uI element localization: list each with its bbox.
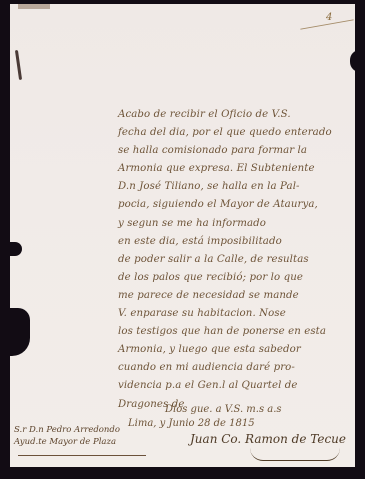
body-line: D.n José Tiliano, se halla en la Pal- [118,178,353,196]
body-line: y segun se me ha informado [118,215,353,233]
body-line: Armonia, y luego que esta sabedor [118,341,353,359]
page-edge-stain [18,4,50,9]
letter-body: Acabo de recibir el Oficio de V.S. fecha… [118,106,353,414]
body-line: fecha del dia, por el que quedo enterado [118,124,353,142]
right-dark-border [355,0,365,479]
body-line: pocia, siguiendo el Mayor de Ataurya, [118,196,353,214]
body-line: me parece de necesidad se mande [118,287,353,305]
body-line: Armonia que expresa. El Subteniente [118,160,353,178]
addressee: S.r D.n Pedro Arredondo Ayud.te Mayor de… [14,424,120,448]
body-line: videncia p.a el Gen.l al Quartel de [118,377,353,395]
addressee-line: Ayud.te Mayor de Plaza [14,436,120,448]
closing-formula: Dios gue. a V.S. m.s a.s [165,403,282,417]
body-line: en este dia, está imposibilitado [118,233,353,251]
left-tear-large [0,308,30,356]
body-line: de poder salir a la Calle, de resultas [118,251,353,269]
signature: Juan Co. Ramon de Tecue [190,432,346,446]
left-tear [0,242,22,256]
left-dark-border [0,0,10,479]
signature-rubric [250,448,340,461]
place-date: Lima, y Junio 28 de 1815 [128,417,255,431]
body-line: se halla comisionado para formar la [118,142,353,160]
body-line: V. enparase su habitacion. Nose [118,305,353,323]
body-line: de los palos que recibió; por lo que [118,269,353,287]
folio-number: 4 [326,12,332,23]
addressee-line: S.r D.n Pedro Arredondo [14,424,120,436]
body-line: Acabo de recibir el Oficio de V.S. [118,106,353,124]
body-line: cuando en mi audiencia daré pro- [118,359,353,377]
body-line: los testigos que han de ponerse en esta [118,323,353,341]
bottom-dark-border [0,467,365,479]
addressee-flourish [18,455,146,456]
